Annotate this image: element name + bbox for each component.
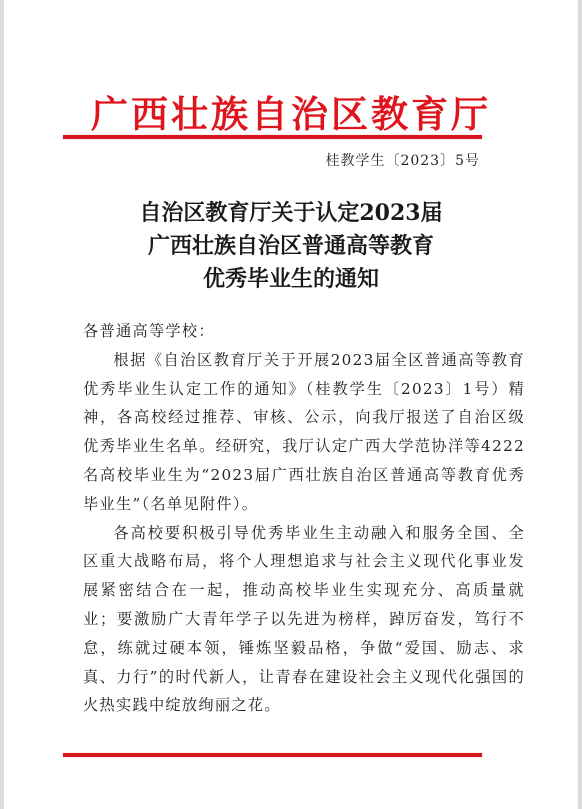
- notice-title-line-2: 广西壮族自治区普通高等教育: [4, 230, 578, 263]
- body-paragraph-2: 各高校要积极引导优秀毕业生主动融入和服务全国、全区重大战略布局，将个人理想追求与…: [83, 519, 525, 721]
- salutation: 各普通高等学校：: [83, 317, 525, 346]
- body-paragraph-1: 根据《自治区教育厅关于开展2023届全区普通高等教育优秀毕业生认定工作的通知》（…: [83, 346, 525, 519]
- footer-red-rule: [63, 753, 482, 757]
- notice-title-line-3: 优秀毕业生的通知: [4, 263, 578, 296]
- notice-title: 自治区教育厅关于认定2023届 广西壮族自治区普通高等教育 优秀毕业生的通知: [4, 197, 578, 296]
- notice-title-line-1: 自治区教育厅关于认定2023届: [4, 197, 578, 230]
- notice-body: 各普通高等学校： 根据《自治区教育厅关于开展2023届全区普通高等教育优秀毕业生…: [83, 317, 525, 720]
- header-red-rule: [63, 135, 482, 139]
- agency-header-title: 广西壮族自治区教育厅: [4, 92, 578, 136]
- document-number: 桂教学生〔2023〕5号: [325, 150, 480, 170]
- document-page: 广西壮族自治区教育厅 桂教学生〔2023〕5号 自治区教育厅关于认定2023届 …: [4, 0, 578, 809]
